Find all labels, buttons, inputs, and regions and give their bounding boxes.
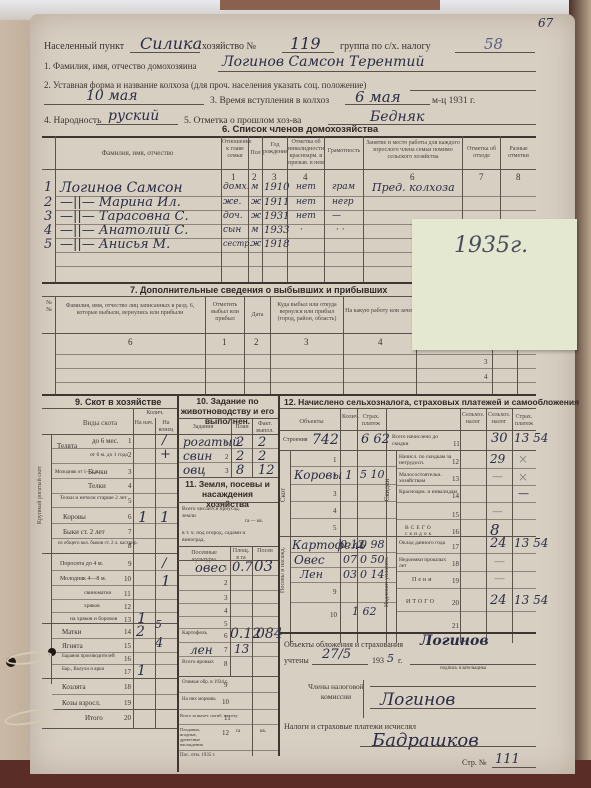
s6-num: 8 (516, 172, 521, 182)
field3-suffix: м-ц 1931 г. (432, 96, 475, 106)
s7-bottom (42, 394, 536, 396)
s9-sub-b: На конец (155, 420, 177, 434)
s6-col-name: Фамилия, имя, отчество (60, 150, 215, 157)
s11-units: га — кв. (245, 519, 263, 524)
s12-row-line (290, 582, 396, 583)
s9-group-line (42, 553, 177, 554)
field3-underline (345, 104, 430, 105)
s7-num: 4 (378, 337, 383, 347)
s11-row-line (178, 590, 278, 591)
s6-row-year: 1910 (264, 182, 289, 193)
s9-row-line (52, 523, 177, 524)
s12-col-tax2: Сельхоз. налог (488, 412, 510, 426)
s12-row-n: 21 (452, 622, 459, 630)
field5-value: Бедняк (370, 109, 424, 125)
s10-row-task: свин (183, 449, 212, 463)
s6-row-year: 1931 (264, 211, 289, 222)
s12-col-strah: Страх. платеж (358, 414, 384, 428)
s12-row-n: 17 (452, 543, 459, 551)
s10-row-n: 2 (225, 453, 229, 461)
s12-row-n: 9 (333, 588, 337, 596)
s12-row-line (290, 567, 396, 568)
s11-row-n: 11 (224, 714, 231, 722)
s9-row-line (52, 638, 177, 639)
s12-row-n: 5 (333, 524, 337, 532)
s12-pay-v1: — (494, 555, 505, 568)
s9-row-line (52, 599, 177, 600)
s11-row-line (178, 642, 278, 643)
footer-registered-date: 27/5 (322, 647, 351, 662)
s6-row-name: —||— Тарасовна С. (60, 209, 189, 224)
s6-col (55, 136, 56, 282)
s6-col-year: Год рождения (263, 142, 287, 156)
s9-group-label: Крупный рогатый скот (37, 450, 44, 540)
s11-row-line (178, 692, 278, 693)
s9-line (42, 408, 177, 409)
s9-row-line (52, 585, 177, 586)
s11-extra-row: Плодовые, ягодные, древесные насаждения (180, 727, 218, 747)
s12-row-n: 11 (453, 440, 460, 448)
s12-pay-v2: 13 54 (514, 593, 548, 607)
s7-row-line (56, 382, 536, 383)
field2-value: 10 мая (86, 88, 138, 104)
household-underline (282, 52, 334, 53)
s12-row-line (396, 519, 536, 520)
s9-row-label: Молодняк 4—8 м. (60, 576, 106, 582)
s9-row-n: 8 (128, 542, 132, 550)
s9-row-b: / (162, 433, 166, 448)
s11-units-c: кв. (260, 729, 266, 734)
s6-row-sex: м (251, 225, 258, 235)
s12-row-n: 14 (452, 492, 459, 500)
s11-line (178, 502, 278, 503)
s6-col (262, 136, 263, 282)
s12-bottom (280, 632, 536, 634)
s6-col-sex: Пол (249, 150, 262, 157)
settlement-label: Населенный пункт (44, 41, 124, 52)
s6-row-name: —||— Марина Ил. (60, 195, 181, 210)
s10-row-task: овц (183, 463, 206, 477)
footer-year-value: 5 (387, 652, 394, 665)
footer-year-suffix: г. (398, 656, 402, 665)
s12-pay-v1: 24 (490, 536, 507, 551)
s12-col (340, 408, 341, 643)
s6-row-lit: — (332, 211, 341, 221)
s7-num: 6 (128, 337, 133, 347)
s11-land-label: Всего числится приусад. земли (182, 506, 242, 520)
s9-row-n: 18 (124, 683, 131, 691)
s11-incl-label: в т. ч. под огород, садами и виноград. (182, 530, 252, 544)
s12-row-name: Коровы (294, 468, 342, 482)
s9-row-label: свиноматки (84, 590, 111, 596)
s9-row-n: 3 (128, 468, 132, 476)
s12-discount-group: Скидки (384, 460, 391, 520)
s9-row-n: 5 (128, 497, 132, 505)
s6-col-misc: Разные отметки (501, 146, 536, 160)
s12-crops-group: Посевы и насажд. (280, 540, 287, 600)
s7-col (270, 296, 271, 394)
s7-col (55, 296, 56, 394)
s9-row-label: Итого (85, 714, 103, 722)
s6-row-rel: же. (223, 197, 241, 207)
s6-col-rel: Отношение к главе семьи (222, 139, 248, 160)
footer-payer-caption: подпись плательщика (440, 666, 486, 671)
s11-crop-area: 0.7 (232, 560, 253, 575)
s12-pay-label: Недоимки прошлых лет (399, 557, 454, 569)
settlement-underline (130, 52, 200, 53)
s11-units-b: га (236, 729, 240, 734)
s12-discount-label: ВСЕГО скидок (405, 525, 455, 537)
footer-page-value: 111 (495, 752, 520, 767)
s9-row-n: 10 (124, 575, 131, 583)
s12-row-qty: 03 (343, 568, 357, 581)
s7-extra-num: 4 (484, 373, 488, 381)
s6-row-n: 3 (44, 209, 52, 224)
s11-extra-row: Озимые обр. в 1934 г. (182, 680, 228, 685)
s6-row-n: 5 (44, 237, 52, 252)
s12-header-top (280, 408, 536, 409)
s6-row-n: 1 (44, 180, 52, 195)
s9-group-line (42, 709, 177, 710)
s7-col-date: Дата (245, 312, 270, 319)
s12-row-n: 18 (452, 560, 459, 568)
s12-row-line (290, 501, 396, 502)
s9-row-n: 19 (124, 699, 131, 707)
s12-pay-v1: 24 (490, 593, 507, 608)
s11-crop: Всего яровых (182, 659, 214, 665)
s7-row-line (56, 368, 536, 369)
s6-row-inv: нет (296, 182, 316, 192)
s7-num: 2 (254, 337, 259, 347)
s9-row-line (52, 694, 177, 695)
s10-bottom (178, 477, 278, 478)
s9-col-type: Виды скота (60, 420, 140, 427)
s12-line (280, 450, 536, 451)
s11-row-n: 2 (224, 579, 228, 587)
s12-row-line (396, 553, 536, 554)
s9-row-line (52, 612, 177, 613)
s12-row-line (290, 484, 396, 485)
s12-livestock-group: Скот (280, 475, 287, 515)
s9-row-n: 9 (128, 560, 132, 568)
s9-row-n: 14 (124, 628, 131, 636)
s6-row-job: Пред. колхоза (372, 181, 455, 194)
field2-underline-a (410, 90, 536, 91)
s6-num: 1 (231, 172, 236, 182)
s9-row-b: + (160, 447, 171, 462)
s6-row-lit: грам (332, 182, 355, 192)
s9-row-n: 7 (128, 528, 132, 536)
footer-commission-line (370, 708, 536, 709)
section9-title: 9. Скот в хозяйстве (75, 397, 161, 407)
footer-registered-label: учтены (284, 656, 309, 665)
s12-col (486, 408, 487, 643)
s6-col-away: Отметка об отходе (463, 146, 500, 160)
s6-col (324, 136, 325, 282)
s6-num: 2 (252, 172, 257, 182)
s12-discount-v1: — (492, 505, 503, 518)
s9-row-line (52, 478, 177, 479)
s9-row-label: Поросята до 4 м. (60, 561, 103, 567)
s7-col (244, 296, 245, 394)
s12-pay-label: Пени (412, 577, 433, 583)
section7-title: 7. Дополнительные сведения о выбывших и … (130, 285, 387, 295)
s9-row-line (52, 493, 177, 494)
s11-row-n: 5 (224, 620, 228, 628)
s9-sub-a: На нач. (134, 420, 154, 427)
s6-row-rel: сын (223, 225, 241, 235)
s9-header-bottom (42, 434, 177, 435)
s9-group-line (42, 623, 177, 624)
s6-col-job: Занятие и место работы для каждого взрос… (364, 140, 462, 161)
s9-col (133, 408, 134, 728)
s6-row-sex: ж (251, 211, 261, 221)
s12-col-strah2: Страх. платеж (512, 414, 536, 428)
s6-row-lit: · · (336, 225, 345, 235)
s9-row-n: 15 (124, 642, 131, 650)
s12-row-line (290, 552, 396, 553)
s12-row-name: Лен (300, 568, 323, 581)
s9-row-n: 12 (124, 603, 131, 611)
s11-row-line (178, 628, 278, 629)
section6-title: 6. Список членов домохозяйства (222, 124, 378, 135)
s9-row-label: Быки ст. 2 лет (63, 528, 105, 536)
section12-title: 12. Начислено сельхозналога, страховых п… (284, 397, 579, 407)
s12-row-line (396, 611, 536, 612)
s10-col-fact: Факт. выпол. (253, 421, 277, 435)
s6-row-name: Логинов Самсон (60, 180, 183, 196)
s11-row-line (178, 603, 278, 604)
s11-extra-row: Пос. отм. 1935 г. (180, 753, 215, 758)
s11-crop-sown: 13 (234, 642, 249, 656)
s9-group-line (42, 728, 177, 729)
s11-crop: лен (190, 643, 213, 657)
s12-row-val: 0 98 (360, 538, 385, 551)
household-value: 119 (290, 34, 321, 53)
footer-page-label: Стр. № (462, 758, 486, 767)
settlement-value: Силика (140, 34, 202, 53)
s12-discount-v2: × (518, 452, 528, 466)
s6-num: 3 (272, 172, 277, 182)
s12-col-tax1: Сельхоз. налог (462, 412, 484, 426)
s12-row-n: 16 (452, 528, 459, 536)
s11-row-n: 4 (224, 607, 228, 615)
s10-row-line (178, 448, 278, 449)
sticky-note: 1935г. (412, 219, 577, 350)
s12-building-value: 742 (312, 432, 339, 448)
s6-row-n: 4 (44, 223, 52, 238)
s9-col (155, 418, 156, 728)
tax-group-underline (455, 52, 535, 53)
field3-label: 3. Время вступления в колхоз (210, 96, 329, 106)
footer-commission-label: Члены налоговой комиссии (306, 682, 366, 702)
s9-row-line (52, 507, 177, 508)
s9-row-label: до 6 мес. (92, 437, 119, 445)
s12-row-val: 5 10 (360, 468, 385, 481)
s10-row-line (178, 462, 278, 463)
s11-crop-n: 1 (224, 564, 228, 572)
s6-row-n: 2 (44, 195, 52, 210)
footer-year-label: 193 (372, 656, 384, 665)
s7-col-where: Куда выбыл или откуда вернулся или прибы… (272, 302, 342, 323)
s10-row-n: 1 (225, 439, 229, 447)
field2-underline-b (44, 104, 204, 105)
s10-row-fact: 12 (258, 463, 275, 478)
s12-discount-v1: — (492, 470, 503, 483)
s6-col (248, 136, 249, 282)
s6-row-inv: нет (296, 197, 316, 207)
s9-row-a: 1 (137, 663, 146, 679)
s12-row-line (396, 571, 536, 572)
s9-row-n: 1 (128, 437, 132, 445)
s11-row-n: 12 (222, 729, 229, 737)
s12-row-line (396, 485, 536, 486)
s12-row-n: 15 (452, 511, 459, 519)
s6-row-name: —||— Анисья М. (60, 237, 170, 252)
s11-crop-sown: 03 (254, 557, 273, 575)
s9-row-b: 5 (155, 618, 162, 631)
s6-col-lit: Грамотность (325, 148, 363, 155)
s9-row-line (52, 652, 177, 653)
s6-row-year: 1918 (264, 239, 289, 250)
s9-row-label: от 6 м. до 1 года (90, 452, 128, 458)
s10-col-task: Задания (180, 424, 226, 431)
s10-row-task: рогатый (183, 435, 240, 449)
s12-row-n: 20 (452, 599, 459, 607)
s12-discount-label: Начисл. по скидкам за нетрудосп. (399, 454, 457, 466)
s9-row-label: Козы взросл. (62, 699, 101, 707)
section11-title: 11. Земля, посевы и насаждения хозяйства (180, 479, 275, 509)
s9-row-label: Ягнята (62, 642, 83, 650)
s12-building-strah: 6 62 (361, 432, 390, 447)
tax-group-value: 58 (484, 35, 503, 53)
s9-row-label: Козлята (62, 683, 86, 691)
s6-row-inv: нет (296, 211, 316, 221)
field4-label: 4. Народность (44, 116, 101, 126)
field1-underline (218, 71, 536, 72)
footer-commission-line (370, 686, 536, 687)
s9-row-label: Бар., Валухи и ярки (62, 667, 104, 672)
s7-col-why: На какую работу или зачем (344, 308, 416, 315)
household-label: хозяйство № (202, 41, 256, 52)
s12-col (460, 408, 461, 643)
s7-row-line (56, 354, 536, 355)
s6-row-year: 1933 (264, 225, 289, 236)
footer-date-line (312, 664, 368, 665)
s9-col-count: Колич. (133, 410, 177, 417)
s7-extra-num: 3 (484, 358, 488, 366)
tax-group-label: группа по с/х. налогу (340, 41, 431, 52)
s12-row-val: 0 50 (360, 553, 385, 566)
s12-row-n: 4 (333, 507, 337, 515)
s11-crop: Картофель (182, 630, 207, 636)
s11-extra-row: На них морковь (182, 697, 216, 702)
field4-value: руский (108, 108, 159, 124)
s6-row-sex: ж (251, 239, 261, 249)
s11-row-line (178, 709, 278, 710)
s12-col-qty: Колич. (342, 414, 356, 421)
s6-num: 4 (303, 172, 308, 182)
s7-num: 3 (304, 337, 309, 347)
s11-col-sown: Посев (253, 548, 277, 555)
s9-row-n: 6 (128, 513, 132, 521)
s6-row-line (56, 210, 536, 211)
s11-row-line (178, 616, 278, 617)
s11-row-line (178, 656, 278, 657)
s9-row-n: 4 (128, 482, 132, 490)
s11-line (178, 676, 278, 677)
s12-row-n: 3 (333, 490, 337, 498)
footer-page-line (492, 767, 536, 768)
s12-row-line (290, 466, 396, 467)
s12-row-val: 1 62 (352, 605, 377, 618)
s9-right-border (177, 396, 179, 772)
s7-num: 1 (222, 337, 227, 347)
s11-row-n: 10 (222, 698, 229, 706)
s12-total-strah: 13 54 (514, 431, 548, 445)
s10-row-plan: 8 (236, 463, 244, 478)
s12-row-line (290, 518, 396, 519)
s9-row-label: Телки (88, 482, 106, 490)
s12-pay-v1: — (494, 572, 505, 585)
s12-row-n: 19 (452, 577, 459, 585)
s12-row-line (396, 588, 536, 589)
s12-row-name: Овес (294, 553, 325, 567)
s6-num: 7 (479, 172, 484, 182)
s11-line (178, 546, 278, 547)
s12-building-label: Строения (283, 437, 308, 443)
footer-commission-sign: Логинов (380, 690, 455, 710)
s11-row-line (178, 750, 278, 751)
s12-discount-label: Красноарм. и инвалидам (399, 489, 457, 495)
s9-row-label: из общего кол. быков ст. 2 л. кастрир. (58, 541, 138, 546)
s12-row-qty: 1 (345, 468, 353, 482)
s9-row-b: 1 (161, 572, 171, 590)
s6-row-year: 1911 (264, 197, 289, 208)
s7-col-name: Фамилия, имя, отчество лиц записанных в … (60, 303, 200, 317)
s12-discount-v2: × (518, 470, 528, 484)
s6-row-lit: негр (332, 197, 354, 207)
s12-discount-v2: — (518, 487, 529, 500)
s12-pay-label: ИТОГО (406, 599, 436, 605)
s7-col-status: Отметить выбыл или прибыл (206, 302, 244, 323)
s12-discount-v1: 29 (490, 452, 505, 466)
s6-col-inv: Отметка об инвалидности, красноарм. и пр… (288, 139, 324, 167)
s12-row-val: 0 14 (360, 568, 385, 581)
s9-row-n: 2 (128, 451, 132, 459)
s12-pay-group: Надлежит уплатить (384, 542, 391, 622)
s11-crop-n: 7 (224, 646, 228, 654)
s9-row-b: / (162, 556, 166, 571)
page-number: 67 (538, 16, 553, 30)
s12-group-col (290, 450, 291, 643)
s6-row-rel: домх. (223, 182, 250, 192)
s6-row-rel: сестр. (223, 239, 252, 248)
s12-group-col-b (396, 450, 397, 643)
s6-row-rel: доч. (223, 211, 243, 221)
s9-row-line (52, 570, 177, 571)
s12-row-n: 1 (333, 456, 337, 464)
s6-row-name: —||— Анатолий С. (60, 223, 188, 238)
s6-row-sex: ж (251, 197, 261, 207)
s6-row-line (56, 196, 536, 197)
s12-row-n: 10 (330, 611, 337, 619)
s12-pay-v2: 13 54 (514, 536, 548, 550)
s11-row-n: 3 (224, 594, 228, 602)
s12-row-n: 13 (452, 475, 459, 483)
s9-row-label: Баранов производителей (62, 654, 115, 659)
s10-header-top (178, 418, 278, 419)
